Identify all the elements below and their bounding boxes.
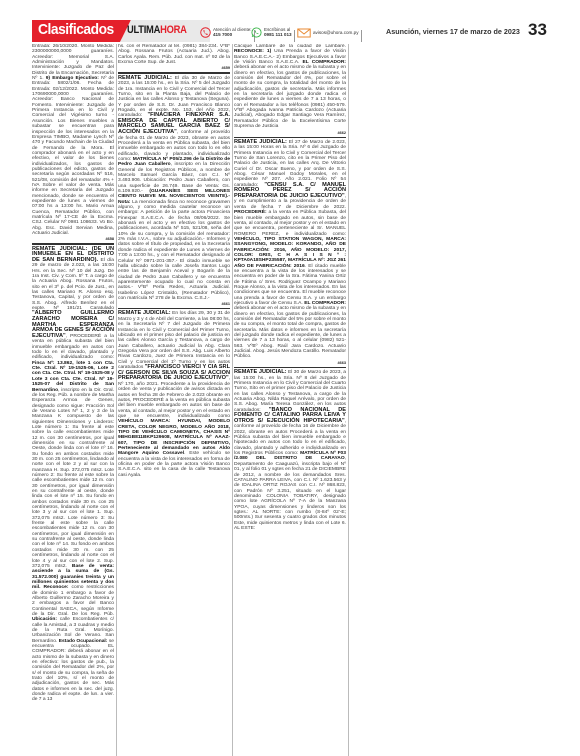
dateline: Asunción, viernes 17 de marzo de 2023	[386, 27, 520, 36]
ultima-hora-logo: ULTIMAHORA	[127, 24, 187, 36]
phone-icon	[200, 27, 211, 38]
notice-continued: hs. con el Rematador al tel. (0981) 384-…	[118, 44, 230, 65]
notice-embargo-continued: Entrada: 26/10/2020. Monto Medida: 23000…	[32, 44, 114, 236]
contact-email[interactable]: avisos@uhora.com.py	[297, 22, 359, 42]
notice-remate-san-bernardino: REMATE JUDICIAL: (DE UN INMUEBLE EN EL D…	[32, 247, 114, 703]
divider	[118, 72, 230, 73]
divider	[294, 30, 295, 42]
notice-remate-bnf: REMATE JUDICIAL: El 30 de Marzo de 2023,…	[234, 370, 346, 531]
column-2: hs. con el Rematador al tel. (0981) 384-…	[118, 44, 230, 756]
whatsapp-icon	[251, 27, 262, 38]
column-3: Cacique Lambaré de la ciudad de Lambaré.…	[234, 44, 346, 756]
divider	[361, 30, 362, 42]
section-banner: Clasificados	[32, 20, 132, 42]
envelope-icon	[297, 27, 311, 38]
ad-code: 4662	[234, 131, 346, 135]
notice-remate-censu: REMATE JUDICIAL: El 27 de Marzo de 2.023…	[234, 140, 346, 360]
section-title: Clasificados	[38, 21, 114, 38]
ad-code: 4663	[234, 361, 346, 365]
column-4	[350, 44, 462, 756]
column-divider	[348, 44, 349, 756]
notice-remate-vierci: REMATE JUDICIAL: En los días 29, 30 y 31…	[118, 311, 230, 478]
notice-continued: Cacique Lambaré de la ciudad de Lambaré.…	[234, 44, 346, 130]
classifieds-columns: Entrada: 26/10/2020. Monto Medida: 23000…	[0, 44, 580, 756]
ad-code: 4658	[32, 237, 114, 241]
divider	[32, 243, 114, 244]
column-1: Entrada: 26/10/2020. Monto Medida: 23000…	[32, 44, 114, 756]
contact-phone[interactable]: Atención al cliente: 415 7000	[200, 22, 252, 42]
divider	[234, 137, 346, 138]
ad-code: 4661	[118, 302, 230, 306]
notice-remate-finexpar: REMATE JUDICIAL: El día 30 de Marzo de 2…	[118, 76, 230, 302]
contact-whatsapp[interactable]: Escríbinos al 0981 111 013	[251, 22, 292, 42]
ad-code: 4659	[118, 66, 230, 70]
column-divider	[232, 44, 233, 756]
page-header: Clasificados ULTIMAHORA Atención al clie…	[0, 14, 580, 42]
divider	[234, 367, 346, 368]
column-divider	[116, 44, 117, 756]
page-number: 33	[528, 20, 547, 40]
divider	[118, 308, 230, 309]
